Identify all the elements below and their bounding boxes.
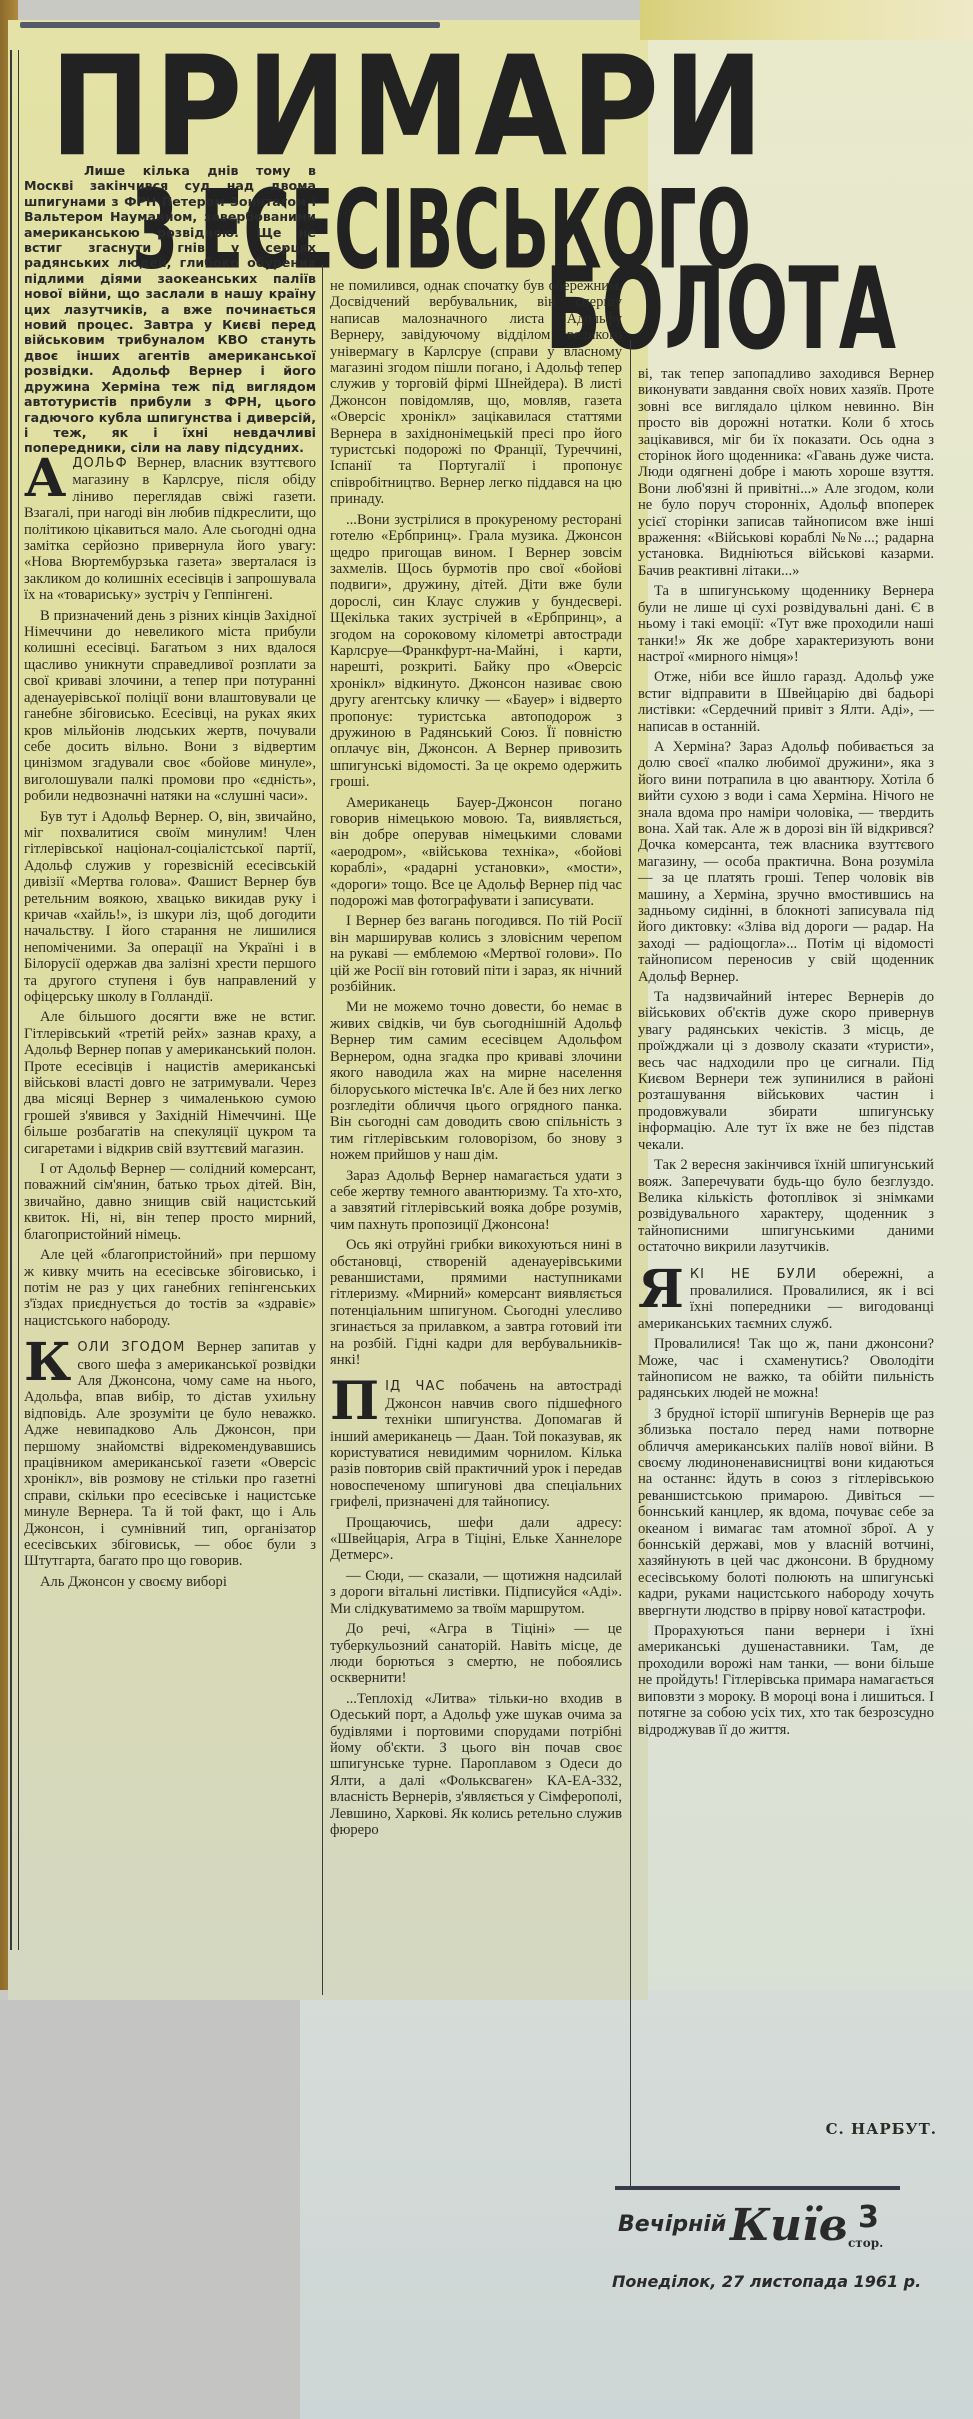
article-paragraph: КОЛИ ЗГОДОМ Вернер запитав у свого шефа … (24, 1339, 316, 1570)
drop-cap: Я (638, 1268, 684, 1312)
headline-letter: И (663, 45, 767, 172)
page-number: 3 (858, 2200, 879, 2235)
article-paragraph: ПІД ЧАС побачень на автостраді Джонсон н… (330, 1378, 622, 1510)
paragraph-text: Отже, ніби все йшло гаразд. Адольф уже в… (638, 669, 934, 734)
drop-cap: П (330, 1380, 379, 1424)
article-paragraph: В призначений день з різних кінців Захід… (24, 608, 316, 805)
article-paragraph: — Сюди, — сказали, — щотижня надсилай з … (330, 1568, 622, 1617)
headline-letter: Р (154, 45, 246, 172)
article-paragraph: До речі, «Агра в Тіціні» — це туберкульо… (330, 1621, 622, 1687)
lead-paragraph: Лише кілька днів тому в Москві закінчивс… (24, 163, 316, 460)
article-paragraph: Американець Бауер-Джонсон погано говорив… (330, 795, 622, 910)
article-paragraph: ...Вони зустрілися в прокуреному рестора… (330, 512, 622, 791)
section-lead-caps: ДОЛЬФ (72, 456, 136, 471)
masthead-rule (615, 2186, 900, 2190)
drop-cap: А (24, 457, 66, 501)
paragraph-text: Так 2 вересня закінчився їхній шпигунськ… (638, 1157, 934, 1255)
article-paragraph: Був тут і Адольф Вернер. О, він, звичайн… (24, 809, 316, 1006)
headline-letter: А (474, 45, 571, 172)
paragraph-text: Але цей «благопристойний» при першому ж … (24, 1247, 316, 1329)
section-lead-caps: КІ НЕ БУЛИ (690, 1267, 843, 1282)
article-paragraph: ві, так тепер запопадливо заходився Верн… (638, 366, 934, 579)
headline-letter: М (351, 45, 474, 172)
paragraph-text: В призначений день з різних кінців Захід… (24, 608, 316, 804)
paragraph-text: Американець Бауер-Джонсон погано говорив… (330, 795, 622, 909)
article-column-1: АДОЛЬФ Вернер, власник взуттєвого магази… (24, 445, 316, 1594)
paragraph-text: Зараз Адольф Вернер намагається удати з … (330, 1168, 622, 1233)
page-unit: стор. (848, 2236, 883, 2250)
lead-text: Лише кілька днів тому в Москві закінчивс… (24, 163, 316, 456)
paragraph-text: не помилився, однак спочатку був обережн… (330, 278, 622, 507)
paragraph-text: І Вернер без вагань погодився. По тій Ро… (330, 913, 622, 995)
background-surface (0, 2000, 305, 2419)
headline-letter: И (246, 45, 350, 172)
article-paragraph: Але більшого досягти вже не встиг. Гітле… (24, 1009, 316, 1157)
article-paragraph: Ми не можемо точно довести, бо немає в ж… (330, 999, 622, 1163)
column-divider-2 (630, 340, 631, 2190)
article-paragraph: Та в шпигунському щоденнику Вернера були… (638, 583, 934, 665)
column-divider-1 (322, 265, 323, 1995)
paragraph-text: Ми не можемо точно довести, бо немає в ж… (330, 999, 622, 1163)
paragraph-text: Аль Джонсон у своєму виборі (40, 1574, 227, 1590)
article-column-3: ві, так тепер запопадливо заходився Верн… (638, 366, 934, 1742)
article-paragraph: Отже, ніби все йшло гаразд. Адольф уже в… (638, 669, 934, 735)
paragraph-text: Був тут і Адольф Вернер. О, він, звичайн… (24, 809, 316, 1005)
masthead-name-part1: Вечірній (618, 2212, 726, 2237)
article-paragraph: І Вернер без вагань погодився. По тій Ро… (330, 913, 622, 995)
article-paragraph: Зараз Адольф Вернер намагається удати з … (330, 1168, 622, 1234)
paragraph-text: Прощаючись, шефи дали адресу: «Швейцарія… (330, 1515, 622, 1564)
paragraph-text: Та в шпигунському щоденнику Вернера були… (638, 583, 934, 665)
paragraph-text: Але більшого досягти вже не встиг. Гітле… (24, 1009, 316, 1156)
section-lead-caps: ОЛИ ЗГОДОМ (77, 1340, 196, 1355)
paragraph-text: Прорахуються пани вернери і їхні америка… (638, 1623, 934, 1737)
paragraph-text: Провалилися! Так що ж, пани джонсони? Мо… (638, 1336, 934, 1401)
author-signature: С. НАРБУТ. (826, 2120, 937, 2138)
paragraph-text: Вернер, власник взуттєвого магазину в Ка… (24, 455, 316, 603)
article-paragraph: не помилився, однак спочатку був обережн… (330, 278, 622, 508)
masthead: Вечірній Київ 3 стор. (618, 2200, 908, 2270)
article-paragraph: Провалилися! Так що ж, пани джонсони? Мо… (638, 1336, 934, 1402)
article-paragraph: Та надзвичайний інтерес Вернерів до війс… (638, 989, 934, 1153)
paragraph-text: З брудної історії шпигунів Вернерів ще р… (638, 1406, 934, 1619)
article-paragraph: І от Адольф Вернер — солідний комерсант,… (24, 1161, 316, 1243)
paragraph-text: ві, так тепер запопадливо заходився Верн… (638, 366, 934, 579)
article-paragraph: З брудної історії шпигунів Вернерів ще р… (638, 1406, 934, 1619)
paragraph-text: До речі, «Агра в Тіціні» — це туберкульо… (330, 1621, 622, 1686)
masthead-name-part2: Київ (730, 2200, 848, 2251)
issue-date: Понеділок, 27 листопада 1961 р. (612, 2272, 921, 2291)
article-paragraph: ...Теплохід «Литва» тільки-но входив в О… (330, 1691, 622, 1839)
article-paragraph: ЯКІ НЕ БУЛИ обережні, а провалилися. Про… (638, 1266, 934, 1333)
article-paragraph: Аль Джонсон у своєму виборі (24, 1574, 316, 1590)
article-paragraph: А Херміна? Зараз Адольф побивається за д… (638, 739, 934, 985)
section-lead-caps: ІД ЧАС (385, 1379, 460, 1394)
article-paragraph: Так 2 вересня закінчився їхній шпигунськ… (638, 1157, 934, 1255)
article-border (10, 50, 19, 1950)
article-paragraph: Прощаючись, шефи дали адресу: «Швейцарія… (330, 1515, 622, 1564)
paragraph-text: А Херміна? Зараз Адольф побивається за д… (638, 739, 934, 985)
paragraph-text: Ось які отруйні грибки викохуються нині … (330, 1237, 622, 1368)
article-paragraph: Прорахуються пани вернери і їхні америка… (638, 1623, 934, 1738)
article-column-2: не помилився, однак спочатку був обережн… (330, 278, 622, 1842)
headline-line-1: ПРИМАРИ (50, 45, 500, 172)
article-paragraph: Але цей «благопристойний» при першому ж … (24, 1247, 316, 1329)
paragraph-text: І от Адольф Вернер — солідний комерсант,… (24, 1161, 316, 1243)
paragraph-text: — Сюди, — сказали, — щотижня надсилай з … (330, 1568, 622, 1617)
paragraph-text: ...Теплохід «Литва» тільки-но входив в О… (330, 1691, 622, 1838)
paragraph-text: Та надзвичайний інтерес Вернерів до війс… (638, 989, 934, 1153)
paragraph-text: ...Вони зустрілися в прокуреному рестора… (330, 512, 622, 791)
article-paragraph: АДОЛЬФ Вернер, власник взуттєвого магази… (24, 455, 316, 604)
article-paragraph: Ось які отруйні грибки викохуються нині … (330, 1237, 622, 1368)
headline-letter: Р (571, 45, 663, 172)
drop-cap: К (24, 1341, 71, 1385)
headline-letter: П (50, 45, 154, 172)
